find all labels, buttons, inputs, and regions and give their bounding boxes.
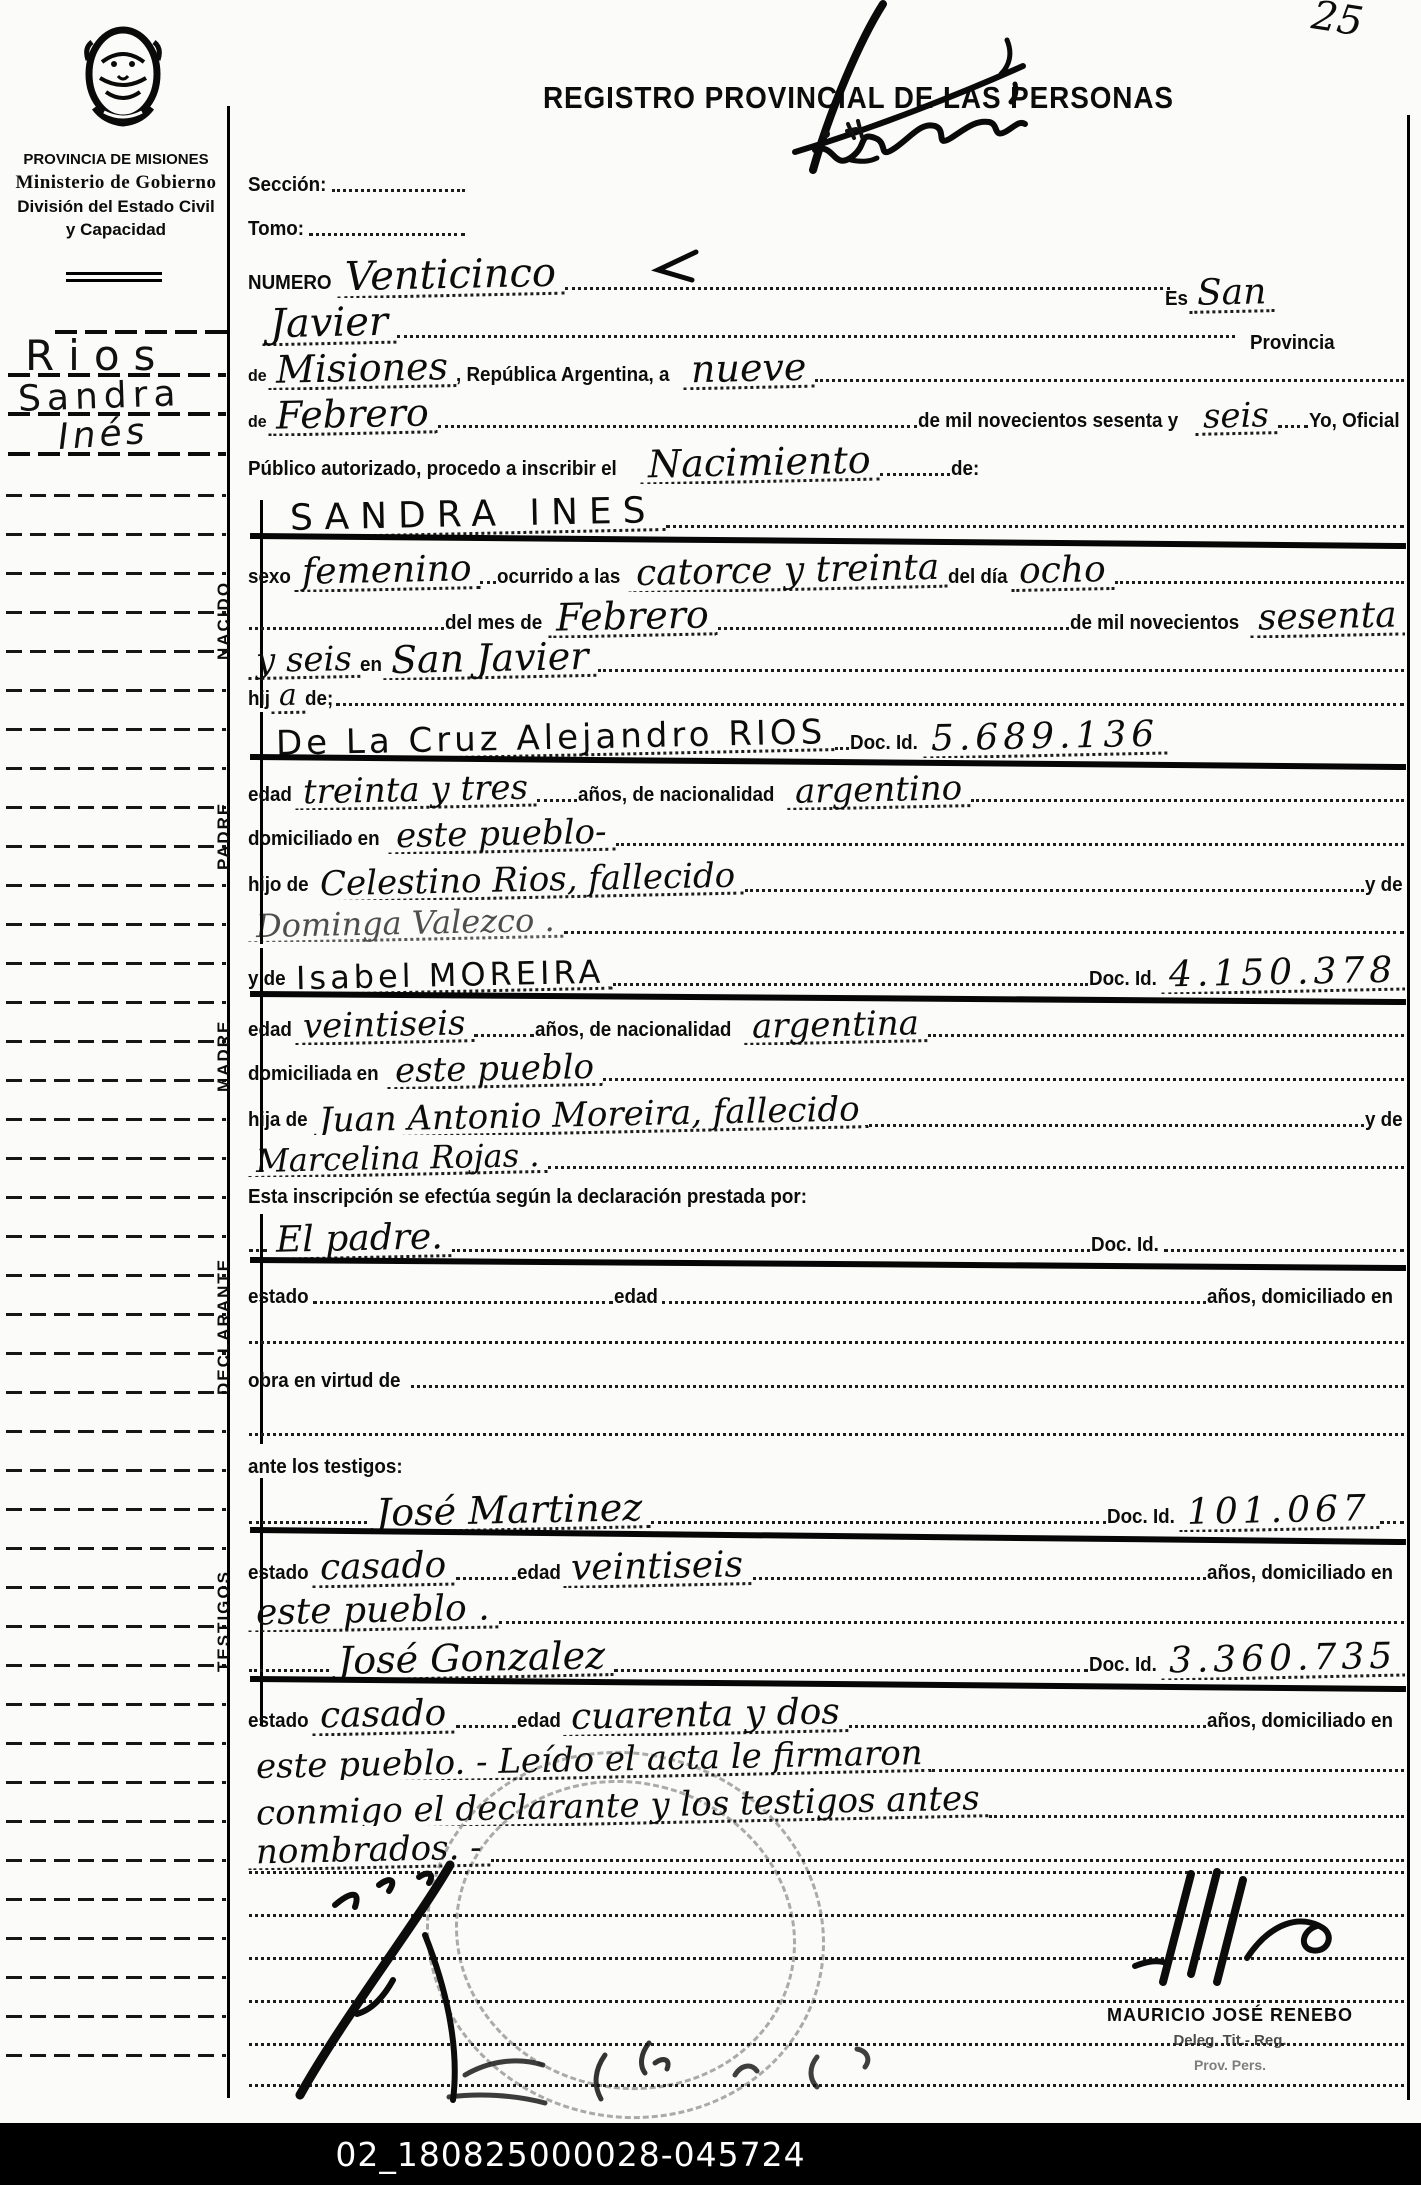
dotted-line bbox=[745, 889, 1364, 892]
dia-label: del día bbox=[948, 566, 1008, 588]
section-label-declarante: DECLARANTE bbox=[214, 1258, 234, 1395]
org-line: y Capacidad bbox=[6, 219, 226, 242]
margin-rule bbox=[8, 452, 226, 456]
dotted-line bbox=[651, 1521, 1106, 1524]
mother-parents-row: hija de Juan Antonio Moreira, fallecido … bbox=[248, 1089, 1405, 1135]
maternal-grandmother-row: Marcelina Rojas . bbox=[248, 1135, 1405, 1177]
edad-label: edad bbox=[614, 1286, 658, 1308]
section-label-testigos: TESTIGOS bbox=[214, 1570, 234, 1672]
dotted-line bbox=[928, 1034, 1404, 1037]
closing-line-row: conmigo el declarante y los testigos ant… bbox=[248, 1780, 1405, 1826]
dotted-line bbox=[397, 335, 1235, 338]
dotted-line bbox=[537, 799, 577, 802]
org-line: División del Estado Civil bbox=[6, 196, 226, 219]
witness2-estado-row: estado casado edad cuarenta y dos años, … bbox=[248, 1688, 1405, 1736]
domiciliado-label: años, domiciliado en bbox=[1207, 1286, 1393, 1308]
official-title2: Prov. Pers. bbox=[1085, 2057, 1375, 2073]
dotted-line bbox=[603, 1078, 1404, 1081]
dotted-line bbox=[718, 627, 1069, 630]
tomo-row: Tomo: bbox=[248, 212, 466, 244]
dotted-line bbox=[1164, 1249, 1404, 1252]
dia-value: ocho bbox=[1011, 553, 1114, 592]
sexo-label: sexo bbox=[248, 566, 291, 588]
docid-label: Doc. Id. bbox=[850, 732, 918, 754]
header-overlay-signature bbox=[755, 0, 1035, 175]
section-label-padre: PADRE bbox=[214, 802, 234, 870]
de-label: de bbox=[248, 413, 267, 432]
dotted-line bbox=[598, 669, 1404, 672]
docid-label: Doc. Id. bbox=[1089, 968, 1157, 990]
year-value: seis bbox=[1194, 399, 1277, 436]
mes-anio-row: de Febrero de mil novecientos sesenta y … bbox=[248, 392, 1405, 436]
dotted-line bbox=[869, 1124, 1364, 1127]
blank-line-row bbox=[248, 1318, 1405, 1352]
dotted-line bbox=[1278, 425, 1308, 428]
father-domicilio-value: este pueblo- bbox=[388, 815, 615, 854]
testigos-intro-label: ante los testigos: bbox=[248, 1456, 403, 1478]
official-title: Deleg. Tit.- Reg. bbox=[1085, 2032, 1375, 2049]
anio-value: sesenta bbox=[1250, 598, 1405, 638]
dotted-line bbox=[815, 379, 1404, 382]
dotted-line bbox=[411, 1385, 1404, 1388]
witness1-estado-row: estado casado edad veintiseis años, domi… bbox=[248, 1540, 1405, 1588]
dotted-line bbox=[1115, 581, 1404, 584]
declarante-row: El padre. Doc. Id. bbox=[248, 1212, 1405, 1260]
official-name: MAURICIO JOSÉ RENEBO bbox=[1085, 2005, 1375, 2026]
father-parents-row: hijo de Celestino Rios, fallecido y de bbox=[248, 854, 1405, 900]
witness2-edad-value: cuarenta y dos bbox=[563, 1695, 849, 1736]
father-name-value: De La Cruz Alejandro RIOS bbox=[268, 716, 835, 758]
hija-de-label: hija de bbox=[248, 1109, 308, 1131]
witness2-estado-value: casado bbox=[312, 1696, 455, 1736]
witness-marks bbox=[585, 2015, 915, 2110]
dotted-line bbox=[249, 1669, 329, 1672]
official-name-block: MAURICIO JOSÉ RENEBO Deleg. Tit.- Reg. P… bbox=[1085, 2005, 1375, 2073]
dotted-line bbox=[614, 1669, 1087, 1672]
y-de-label: y de bbox=[1365, 874, 1403, 896]
form-left-border bbox=[227, 106, 230, 2098]
obra-row: obra en virtud de bbox=[248, 1356, 1405, 1396]
republica-label: , República Argentina, a bbox=[456, 364, 669, 386]
mother-name-row: y de Isabel MOREIRA Doc. Id. 4.150.378 bbox=[248, 944, 1405, 994]
mother-domicilio-value: este pueblo bbox=[387, 1050, 603, 1089]
place-line2-value: Javier bbox=[262, 303, 397, 346]
witness2-docid-value: 3.360.735 bbox=[1160, 1639, 1405, 1680]
dotted-line bbox=[849, 1725, 1206, 1728]
closing-line-row: este pueblo. - Leído el acta le firmaron bbox=[248, 1734, 1405, 1780]
declarante-estado-row: estado edad años, domiciliado en bbox=[248, 1272, 1405, 1312]
margin-caret-mark bbox=[648, 246, 700, 288]
domiciliado-label: años, domiciliado en bbox=[1207, 1710, 1393, 1732]
witness1-edad-value: veintiseis bbox=[563, 1548, 752, 1588]
scan-reference-code: 02_180825000028-045724 bbox=[335, 2135, 805, 2174]
dotted-line bbox=[499, 1621, 1404, 1624]
witness2-name-value: José Gonzalez bbox=[330, 1637, 614, 1680]
numero-label: NUMERO bbox=[248, 272, 332, 294]
dotted-line bbox=[249, 1433, 1404, 1436]
edad-label: edad bbox=[248, 1019, 292, 1041]
dotted-line bbox=[753, 1577, 1207, 1580]
dotted-line bbox=[613, 983, 1087, 986]
ocurrido-label: ocurrido a las bbox=[497, 566, 620, 588]
obra-label: obra en virtud de bbox=[248, 1370, 401, 1392]
mother-edad-value: veintiseis bbox=[294, 1007, 473, 1045]
declarant-signature bbox=[275, 1845, 605, 2110]
event-value: Nacimiento bbox=[640, 441, 879, 484]
org-line: Ministerio de Gobierno bbox=[6, 170, 226, 196]
dotted-line bbox=[313, 1301, 613, 1304]
estado-label: estado bbox=[248, 1710, 309, 1732]
tomo-label: Tomo: bbox=[248, 218, 304, 240]
testigos-intro-row: ante los testigos: bbox=[248, 1452, 1405, 1482]
lugar-row: y seis en San Javier bbox=[248, 638, 1405, 680]
y-de-label: y de bbox=[1365, 1109, 1403, 1131]
father-nacionalidad-value: argentino bbox=[786, 772, 970, 810]
witness1-row: José Martinez Doc. Id. 101.067 bbox=[248, 1480, 1405, 1532]
issuing-office-block: PROVINCIA DE MISIONES Ministerio de Gobi… bbox=[6, 150, 226, 242]
provincia-row: de Misiones , República Argentina, a nue… bbox=[248, 346, 1405, 390]
dotted-line bbox=[249, 1521, 367, 1524]
hijo-de-label: hijo de bbox=[248, 874, 309, 896]
witness1-name-value: José Martinez bbox=[368, 1489, 651, 1532]
anio2-value: y seis bbox=[248, 643, 360, 680]
numero-row: NUMERO Venticinco bbox=[248, 250, 1171, 298]
father-edad-row: edad treinta y tres años, de nacionalida… bbox=[248, 764, 1405, 810]
ink-mark bbox=[818, 112, 878, 152]
dotted-line bbox=[932, 1769, 1404, 1772]
seccion-row: Sección: bbox=[248, 168, 466, 200]
dotted-line bbox=[438, 425, 917, 428]
oficial-label: Yo, Oficial bbox=[1309, 410, 1400, 432]
sexo-row: sexo femenino ocurrido a las catorce y t… bbox=[248, 544, 1405, 592]
divider bbox=[66, 272, 162, 282]
section-label-madre: MADRE bbox=[214, 1020, 234, 1092]
mes-label: del mes de bbox=[445, 612, 542, 634]
edad-label: edad bbox=[517, 1562, 561, 1584]
estado-label: estado bbox=[248, 1286, 309, 1308]
declaracion-intro-row: Esta inscripción se efectúa según la dec… bbox=[248, 1182, 1405, 1212]
section-label-nacido: NACIDO bbox=[214, 581, 234, 660]
dotted-line bbox=[332, 189, 465, 192]
declarante-value: El padre. bbox=[268, 1220, 451, 1260]
en-label: en bbox=[360, 654, 382, 676]
blank-line-row bbox=[248, 1408, 1405, 1444]
witness1-estado-value: casado bbox=[312, 1548, 455, 1588]
numero-value: Venticinco bbox=[336, 254, 564, 298]
de2-label: de: bbox=[951, 458, 979, 480]
edad-label: edad bbox=[248, 784, 292, 806]
provincia-value: Misiones bbox=[267, 348, 456, 390]
month-value: Febrero bbox=[267, 394, 437, 436]
domiciliado-label: años, domiciliado en bbox=[1207, 1562, 1393, 1584]
dotted-line bbox=[249, 1249, 267, 1252]
dotted-line bbox=[480, 581, 496, 584]
docid-label: Doc. Id. bbox=[1107, 1506, 1175, 1528]
official-signature bbox=[1125, 1862, 1365, 2007]
day-value: nueve bbox=[683, 349, 815, 390]
witness1-docid-value: 101.067 bbox=[1179, 1492, 1380, 1532]
domicilio-label: domiciliada en bbox=[248, 1063, 379, 1085]
father-edad-value: treinta y tres bbox=[294, 771, 536, 810]
dotted-line bbox=[452, 1249, 1090, 1252]
witness2-row: José Gonzalez Doc. Id. 3.360.735 bbox=[248, 1628, 1405, 1680]
de-label: de bbox=[248, 367, 267, 386]
dotted-line bbox=[548, 1166, 1404, 1169]
dotted-line bbox=[1380, 1521, 1404, 1524]
paternal-grandfather-value: Celestino Rios, fallecido bbox=[312, 859, 744, 900]
dotted-line bbox=[971, 799, 1404, 802]
father-name-row: De La Cruz Alejandro RIOS Doc. Id. 5.689… bbox=[248, 706, 1405, 758]
child-name-value: SANDRA INES bbox=[282, 494, 665, 536]
dotted-line bbox=[880, 473, 950, 476]
mother-docid-value: 4.150.378 bbox=[1160, 953, 1405, 994]
sexo-value: femenino bbox=[293, 552, 479, 592]
dotted-line bbox=[662, 1301, 1206, 1304]
birth-certificate-scan: REGISTRO PROVINCIAL DE LAS PERSONAS 25 P… bbox=[0, 0, 1421, 2185]
domicilio-label: domiciliado en bbox=[248, 828, 380, 850]
year-label: de mil novecientos sesenta y bbox=[918, 410, 1178, 432]
estado-label: estado bbox=[248, 1562, 309, 1584]
mes-row: del mes de Febrero de mil novecientos se… bbox=[248, 592, 1405, 638]
lugar-value: San Javier bbox=[383, 638, 597, 680]
nacionalidad-label: años, de nacionalidad bbox=[535, 1019, 731, 1041]
docid-label: Doc. Id. bbox=[1091, 1234, 1159, 1256]
edad-label: edad bbox=[517, 1710, 561, 1732]
nacionalidad-label: años, de nacionalidad bbox=[578, 784, 774, 806]
dotted-line bbox=[474, 1034, 534, 1037]
father-docid-value: 5.689.136 bbox=[922, 717, 1167, 758]
paternal-grandmother-row: Dominga Valezco . bbox=[248, 900, 1405, 942]
anio-label: de mil novecientos bbox=[1070, 612, 1239, 634]
dotted-line bbox=[309, 233, 465, 236]
witness1-domicilio-row: este pueblo . bbox=[248, 1588, 1405, 1632]
maternal-grandmother-value: Marcelina Rojas . bbox=[248, 1139, 548, 1177]
publico-label: Público autorizado, procedo a inscribir … bbox=[248, 458, 617, 480]
hora-value: catorce y treinta bbox=[628, 550, 948, 592]
seccion-label: Sección: bbox=[248, 174, 326, 196]
dotted-line bbox=[456, 1577, 516, 1580]
dotted-line bbox=[835, 747, 849, 750]
mother-edad-row: edad veintiseis años, de nacionalidad ar… bbox=[248, 999, 1405, 1045]
dotted-line bbox=[989, 1815, 1404, 1818]
child-name-row: SANDRA INES bbox=[248, 486, 1405, 536]
dotted-line bbox=[564, 931, 1404, 934]
dotted-line bbox=[616, 843, 1404, 846]
dotted-line bbox=[666, 525, 1404, 528]
coat-of-arms-icon bbox=[82, 24, 164, 128]
dotted-line bbox=[249, 627, 444, 630]
org-line: PROVINCIA DE MISIONES bbox=[6, 150, 226, 170]
declaracion-intro-label: Esta inscripción se efectúa según la dec… bbox=[248, 1186, 807, 1208]
form-right-border bbox=[1407, 115, 1410, 2100]
mother-nacionalidad-value: argentina bbox=[744, 1007, 928, 1045]
docid-label: Doc. Id. bbox=[1089, 1654, 1157, 1676]
javier-row: Javier bbox=[248, 298, 1236, 346]
father-domicilio-row: domiciliado en este pueblo- bbox=[248, 810, 1405, 854]
dotted-line bbox=[456, 1725, 516, 1728]
mother-name-value: Isabel MOREIRA bbox=[288, 956, 613, 994]
paternal-grandmother-value: Dominga Valezco . bbox=[248, 904, 563, 942]
page-number: 25 bbox=[1309, 0, 1366, 46]
witness1-domicilio-value: este pueblo . bbox=[248, 1591, 498, 1632]
inscribir-row: Público autorizado, procedo a inscribir … bbox=[248, 438, 1091, 484]
y-de-label: y de bbox=[248, 968, 286, 990]
scan-footer-bar: 02_180825000028-045724 bbox=[0, 2123, 1421, 2185]
maternal-grandfather-value: Juan Antonio Moreira, fallecido bbox=[311, 1093, 868, 1135]
dotted-line bbox=[249, 1341, 1404, 1344]
mother-domicilio-row: domiciliada en este pueblo bbox=[248, 1045, 1405, 1089]
margin-ruled-lines bbox=[6, 458, 226, 2093]
mes-value: Febrero bbox=[548, 596, 718, 638]
